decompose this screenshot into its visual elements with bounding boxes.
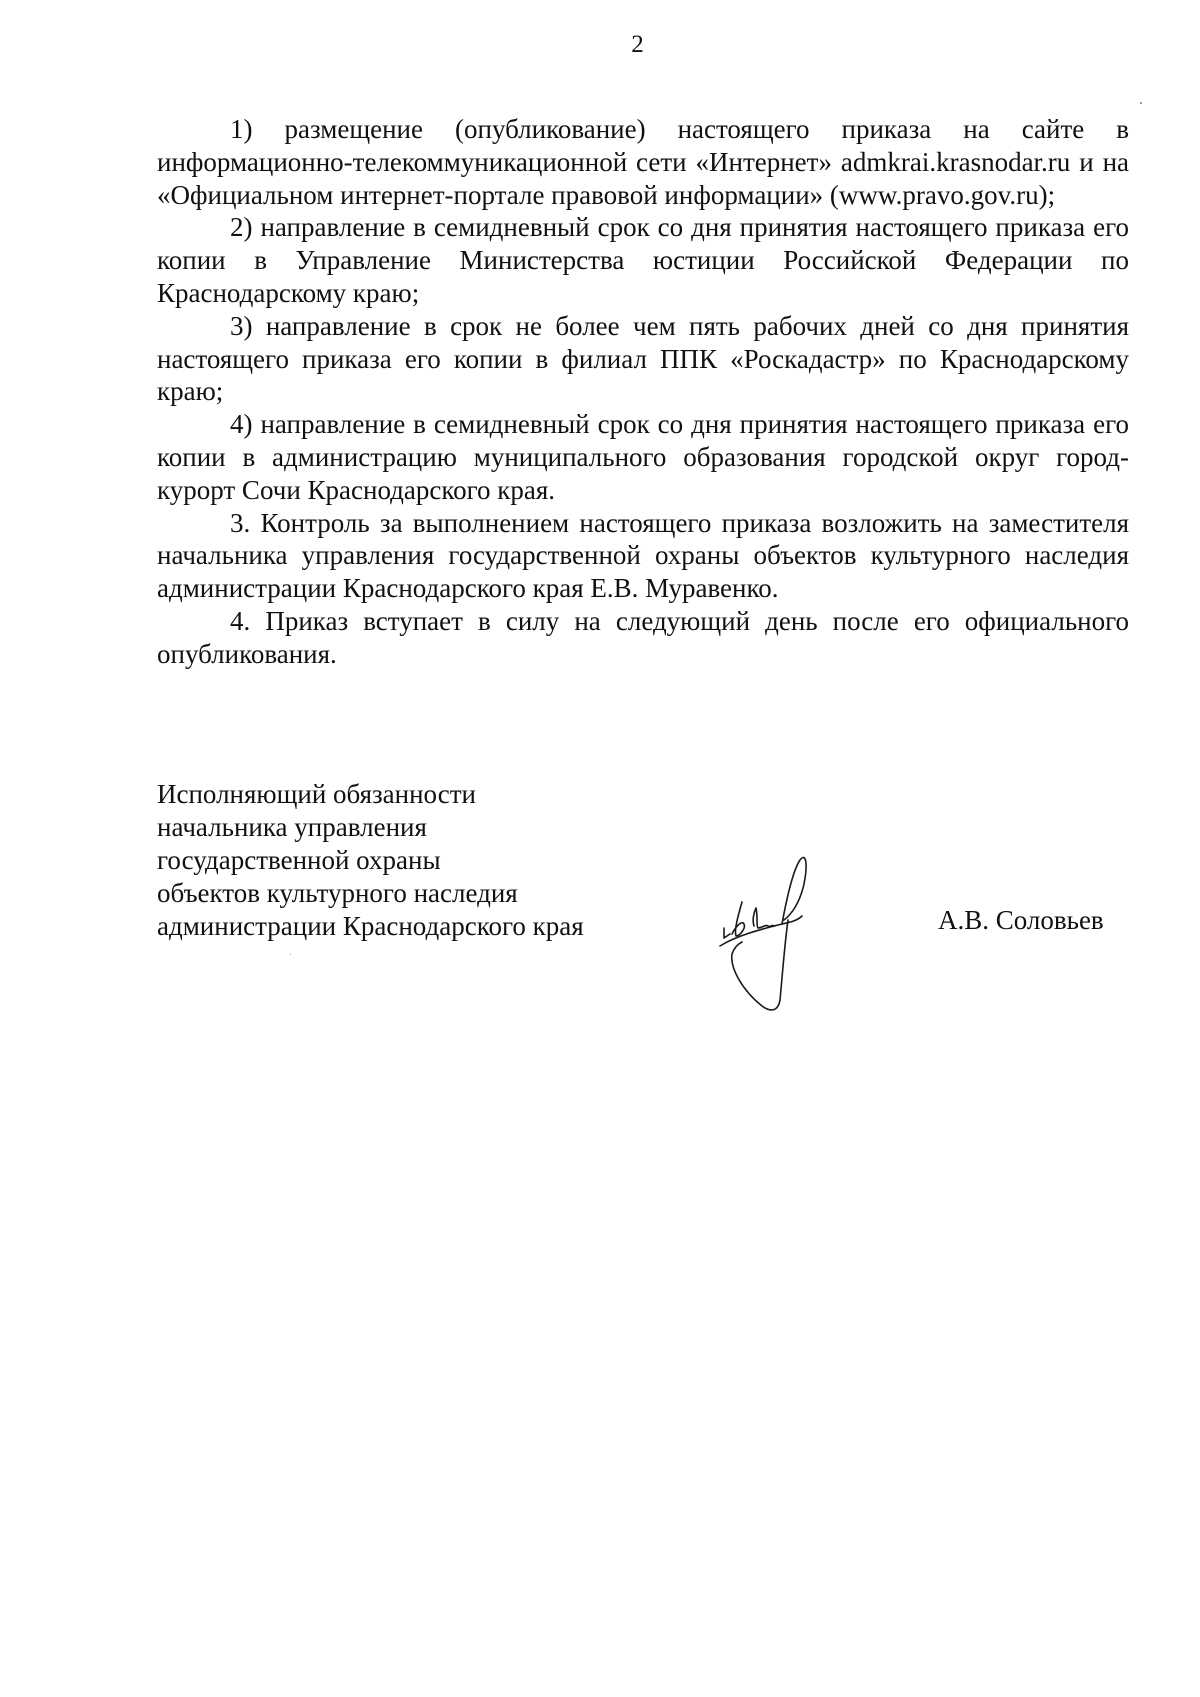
paragraph-item-4: 4) направление в семидневный срок со дня… [157,408,1129,506]
signature-icon [712,850,807,1015]
paragraph-item-3: 3) направление в срок не более чем пять … [157,310,1129,408]
signatory-title-line: Исполняющий обязанности [157,778,677,811]
paragraph-item-1: 1) размещение (опубликование) настоящего… [157,113,1129,211]
scan-speck [290,954,291,955]
page-number: 2 [0,30,1200,60]
signer-name: А.В. Соловьев [938,904,1104,937]
signatory-title-line: администрации Краснодарского края [157,910,677,943]
scan-speck [1140,102,1142,104]
signatory-title-line: объектов культурного наследия [157,877,677,910]
document-body: 1) размещение (опубликование) настоящего… [157,113,1129,671]
paragraph-item-2: 2) направление в семидневный срок со дня… [157,211,1129,309]
signatory-title-line: государственной охраны [157,844,677,877]
signatory-title: Исполняющий обязанности начальника управ… [157,778,677,943]
signatory-title-line: начальника управления [157,811,677,844]
paragraph-control: 3. Контроль за выполнением настоящего пр… [157,507,1129,605]
paragraph-effective-date: 4. Приказ вступает в силу на следующий д… [157,605,1129,671]
